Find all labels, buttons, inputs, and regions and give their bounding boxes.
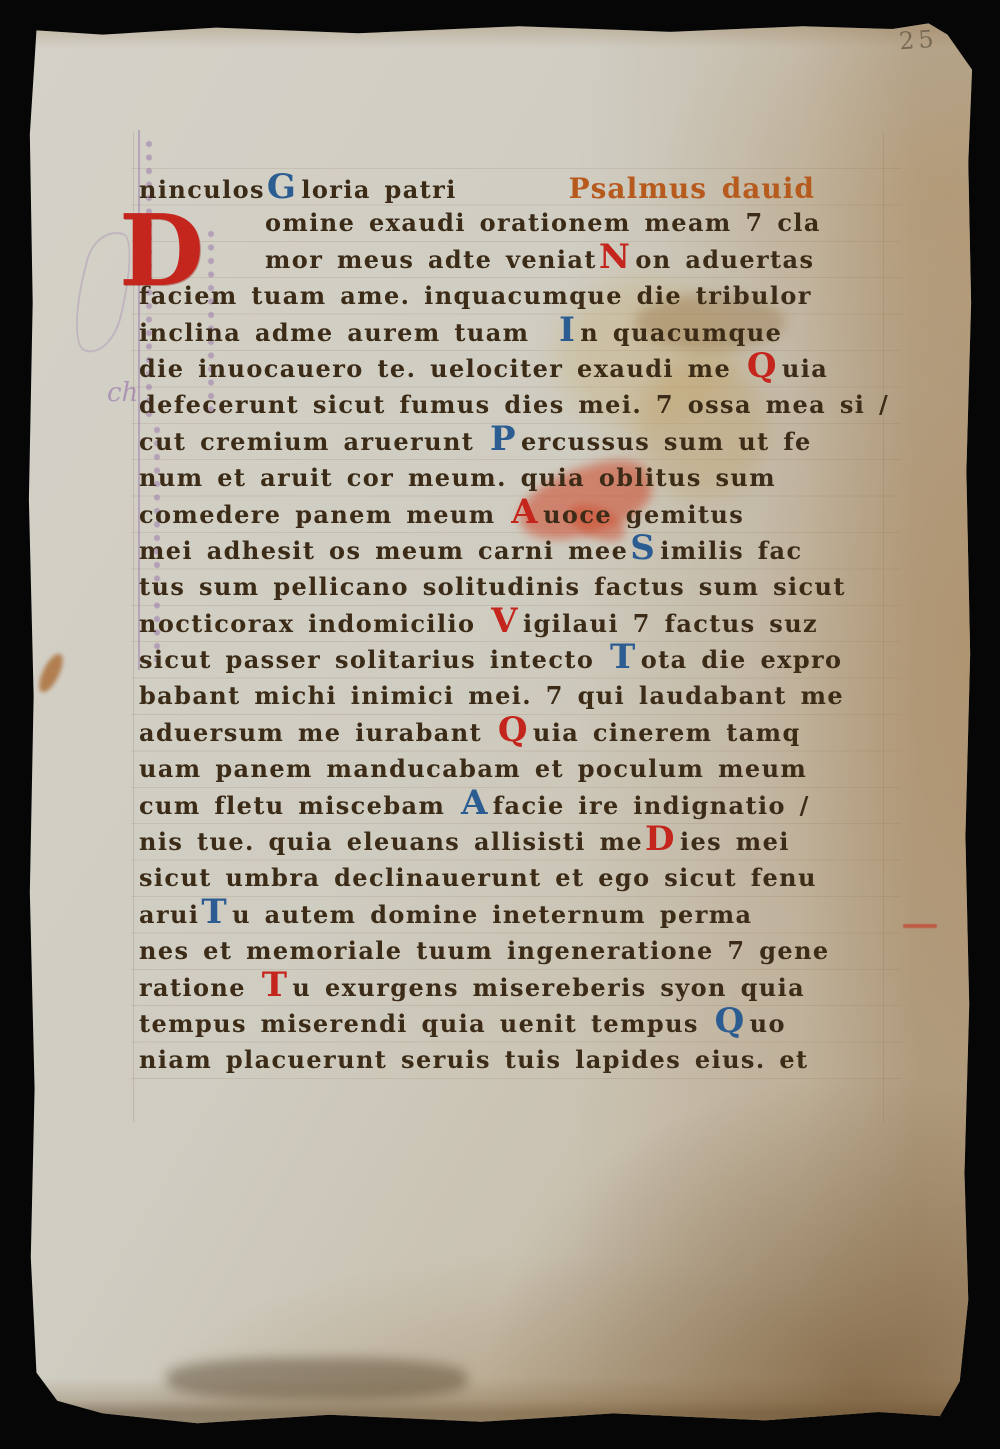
photograph-background: 25 ch D ninculosGloria patriPsalmus daui… xyxy=(0,0,1000,1449)
manuscript-page: 25 ch D ninculosGloria patriPsalmus daui… xyxy=(27,22,973,1426)
text-line: mei adhesit os meum carni meeSimilis fac xyxy=(139,536,881,572)
body-text: die inuocauero te. uelociter exaudi me xyxy=(139,354,745,383)
body-text: ota die expro xyxy=(641,645,843,674)
body-text: nis tue. quia eleuans allisisti me xyxy=(139,827,643,856)
body-text: mor meus adte veniat xyxy=(265,245,597,274)
body-text: n quacumque xyxy=(580,318,782,347)
body-text: niam placuerunt seruis tuis lapides eius… xyxy=(139,1045,809,1074)
body-text: num et aruit cor meum. quia oblitus sum xyxy=(139,463,776,492)
text-line: num et aruit cor meum. quia oblitus sum xyxy=(139,463,881,499)
body-text: cut cremium aruerunt xyxy=(139,427,488,456)
body-text: inclina adme aurem tuam xyxy=(139,318,557,347)
text-line: faciem tuam ame. inquacumque die tribulo… xyxy=(139,281,881,317)
body-text: comedere panem meum xyxy=(139,500,509,529)
text-line: nocticorax indomicilio Vigilaui 7 factus… xyxy=(139,609,881,645)
text-line: die inuocauero te. uelociter exaudi me Q… xyxy=(139,354,881,390)
body-text: arui xyxy=(139,900,199,929)
text-line: nis tue. quia eleuans allisisti meDies m… xyxy=(139,827,881,863)
body-text: uam panem manducabam et poculum meum xyxy=(139,754,807,783)
body-text: ninculos xyxy=(139,175,265,204)
body-text: u autem domine ineternum perma xyxy=(232,900,752,929)
body-text: aduersum me iurabant xyxy=(139,718,496,747)
body-text: uo xyxy=(750,1009,786,1038)
body-text: ratione xyxy=(139,973,260,1002)
text-line: aduersum me iurabant Quia cinerem tamq xyxy=(139,718,881,754)
rust-mark xyxy=(35,651,68,696)
body-text: loria patri xyxy=(301,175,456,204)
body-text: defecerunt sicut fumus dies mei. 7 ossa … xyxy=(139,390,889,419)
text-line: sicut umbra declinauerunt et ego sicut f… xyxy=(139,863,881,899)
folio-number: 25 xyxy=(898,25,938,56)
body-text: on aduertas xyxy=(635,245,814,274)
text-line: niam placuerunt seruis tuis lapides eius… xyxy=(139,1045,881,1081)
body-text: imilis fac xyxy=(660,536,802,565)
rubric-text: Psalmus dauid xyxy=(569,172,815,205)
body-text: tus sum pellicano solitudinis factus sum… xyxy=(139,572,846,601)
text-line: uam panem manducabam et poculum meum xyxy=(139,754,881,790)
body-text: u exurgens misereberis syon quia xyxy=(292,973,805,1002)
body-text: uia cinerem tamq xyxy=(533,718,801,747)
text-line: ninculosGloria patriPsalmus dauid xyxy=(139,172,881,208)
marginalia-note: ch xyxy=(107,378,138,408)
text-line: comedere panem meum Auoce gemitus xyxy=(139,500,881,536)
text-block: ninculosGloria patriPsalmus dauidomine e… xyxy=(139,172,881,1082)
red-underline-mark xyxy=(903,924,937,928)
body-text: nocticorax indomicilio xyxy=(139,609,489,638)
text-line: tempus miserendi quia uenit tempus Quo xyxy=(139,1009,881,1045)
text-line: cum fletu miscebam Afacie ire indignatio… xyxy=(139,791,881,827)
body-text: mei adhesit os meum carni mee xyxy=(139,536,628,565)
body-text: igilaui 7 factus suz xyxy=(523,609,818,638)
body-text: tempus miserendi quia uenit tempus xyxy=(139,1009,713,1038)
text-line: cut cremium aruerunt Percussus sum ut fe xyxy=(139,427,881,463)
body-text: uoce gemitus xyxy=(543,500,744,529)
body-text: uia xyxy=(782,354,828,383)
text-line: mor meus adte veniatNon aduertas xyxy=(139,245,881,281)
text-line: ratione Tu exurgens misereberis syon qui… xyxy=(139,973,881,1009)
body-text: ies mei xyxy=(680,827,790,856)
body-text: facie ire indignatio / xyxy=(493,791,810,820)
text-line: omine exaudi orationem meam 7 cla xyxy=(139,208,881,244)
body-text: nes et memoriale tuum ingeneratione 7 ge… xyxy=(139,936,830,965)
body-text: faciem tuam ame. inquacumque die tribulo… xyxy=(139,281,812,310)
grime-smudge xyxy=(167,1358,467,1400)
body-text: sicut passer solitarius intecto xyxy=(139,645,608,674)
text-line: sicut passer solitarius intecto Tota die… xyxy=(139,645,881,681)
text-line: nes et memoriale tuum ingeneratione 7 ge… xyxy=(139,936,881,972)
body-text: sicut umbra declinauerunt et ego sicut f… xyxy=(139,863,817,892)
body-text: ercussus sum ut fe xyxy=(521,427,812,456)
body-text: omine exaudi orationem meam 7 cla xyxy=(265,208,821,237)
text-line: aruiTu autem domine ineternum perma xyxy=(139,900,881,936)
body-text: cum fletu miscebam xyxy=(139,791,459,820)
right-ruling-line xyxy=(883,132,884,1122)
body-text: babant michi inimici mei. 7 qui laudaban… xyxy=(139,681,844,710)
